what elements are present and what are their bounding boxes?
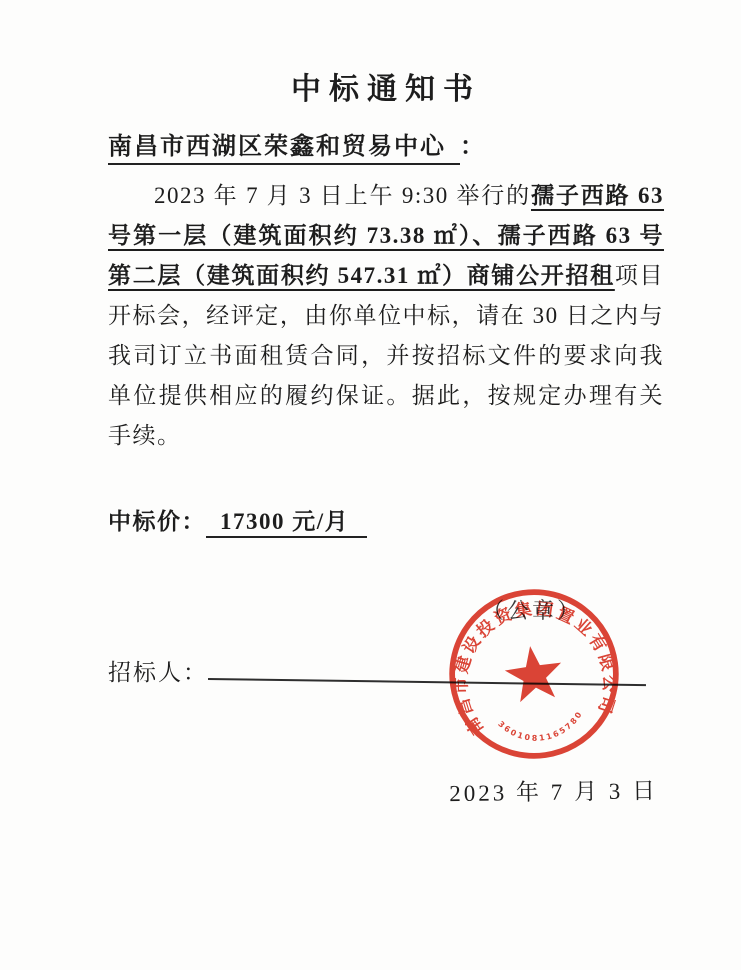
- body-lead: 2023 年 7 月 3 日上午 9:30 举行的: [154, 183, 531, 208]
- addressee-name: 南昌市西湖区荣鑫和贸易中心: [108, 134, 460, 165]
- bid-price-label: 中标价：: [108, 509, 206, 534]
- notice-title: 中标通知书: [108, 70, 664, 110]
- body-rest: 项目开标会，经评定，由你单位中标，请在 30 日之内与我司订立书面租赁合同，并按…: [108, 263, 664, 448]
- tenderer-label: 招标人：: [108, 660, 208, 685]
- addressee-line: 南昌市西湖区荣鑫和贸易中心：: [108, 130, 664, 164]
- issue-date: 2023 年 7 月 3 日: [108, 772, 664, 813]
- body-paragraph: 2023 年 7 月 3 日上午 9:30 举行的孺子西路 63 号第一层（建筑…: [108, 176, 664, 456]
- addressee-colon: ：: [460, 134, 486, 160]
- bid-price-line: 中标价：17300 元/月: [108, 502, 664, 542]
- document-page: 中标通知书 南昌市西湖区荣鑫和贸易中心： 2023 年 7 月 3 日上午 9:…: [0, 0, 741, 970]
- bid-price-value: 17300 元/月: [206, 509, 367, 538]
- company-seal-graphic: 南昌市建设投资集团置业有限公司 3601081165780: [435, 575, 634, 774]
- company-seal: 南昌市建设投资集团置业有限公司 3601081165780: [435, 575, 634, 774]
- star-icon: [502, 642, 566, 704]
